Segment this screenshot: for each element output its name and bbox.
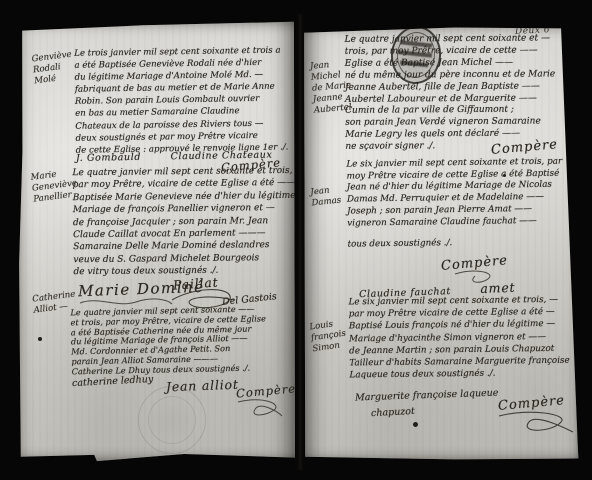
register-scan: Genviève Rodali Molé Le trois janvier mi… <box>0 0 592 480</box>
entry-line: vigneron Samaraine Claudine fauchat —— <box>347 215 575 230</box>
right-page: Deux 6 Jean Michel de Marie Jeanne Auber… <box>303 24 579 462</box>
entry-line: tous deux soustignés ./. <box>347 237 575 252</box>
baptism-entry: Le quatre janvier mil sept cent soixante… <box>70 304 297 377</box>
signature: Marguerite françoise laqueue <box>355 387 499 403</box>
signature-paraph <box>495 408 575 438</box>
margin-note: Jean Damas <box>310 185 342 210</box>
baptism-entry: Le trois janvier mil sept cent soixante … <box>74 44 300 156</box>
entry-line: Laqueue tous deux soustignés ./. <box>349 367 577 382</box>
round-archive-stamp-inner <box>148 396 196 444</box>
baptism-entry: Le quatre janvier mil sept cent soixante… <box>72 165 299 279</box>
book-spine <box>295 14 304 470</box>
margin-note-line: Damas <box>311 195 342 209</box>
baptism-entry: Le six janvier mil sept cent soixante et… <box>348 294 577 382</box>
baptism-entry: Le six janvier mil sept cent soixante et… <box>346 156 575 251</box>
signature: chapuzot <box>371 406 415 419</box>
entry-line: né du même jour du père inconnu et de Ma… <box>345 69 575 83</box>
margin-note: Genviève Rodali Molé <box>31 50 75 88</box>
round-archive-stamp <box>138 386 206 454</box>
ink-speck <box>38 337 42 341</box>
left-page: Genviève Rodali Molé Le trois janvier mi… <box>18 20 295 462</box>
baptism-entry: Le quatre janvier mil sept cent soixante… <box>345 33 576 154</box>
margin-note: Louis françois Simon <box>309 318 348 356</box>
signature: J. Gombauld <box>76 152 141 164</box>
entry-line: Samaraine Delle Marie Dominé deslandres <box>73 239 299 254</box>
ink-speck <box>503 174 506 177</box>
entry-line: Le quatre janvier mil sept cent soixante… <box>345 33 575 47</box>
ink-speck <box>413 422 418 427</box>
signature-paraph <box>234 396 284 420</box>
